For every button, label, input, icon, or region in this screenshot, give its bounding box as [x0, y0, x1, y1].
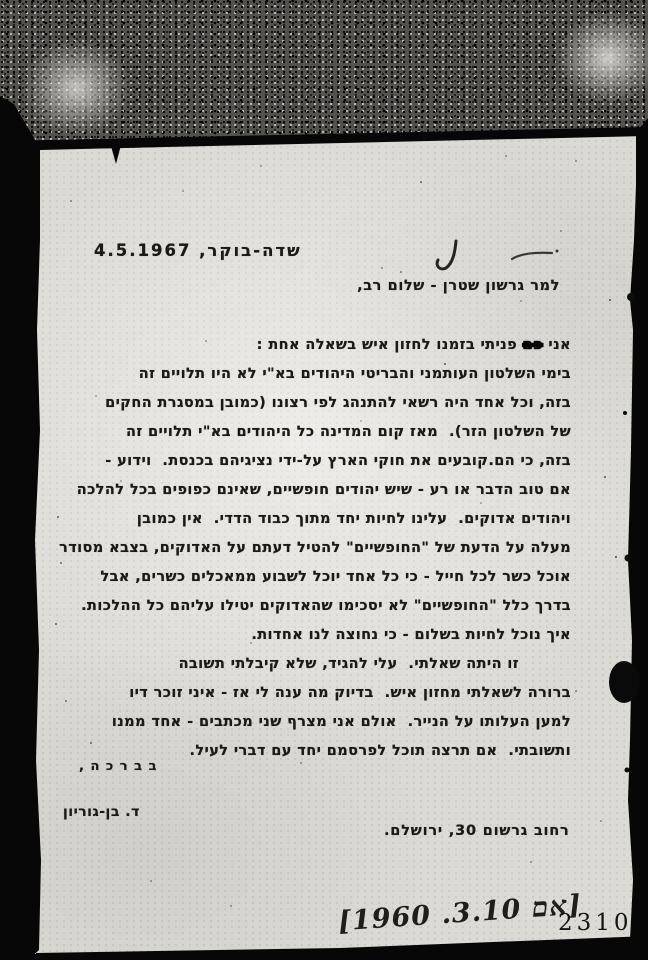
dateline: שדה-בוקר, 4.5.1967 [94, 241, 302, 260]
address-line: רחוב גרשום 30, ירושלם. [384, 823, 570, 839]
letter-line: איך נוכל לחיות בשלום - כי נחוצה לנו אחדו… [49, 621, 571, 650]
archive-serial-number: 2310 [558, 910, 633, 936]
letter-line: אוכל כשר לכל חייל - כי כל אחד יוכל לשבוע… [49, 563, 571, 592]
scanned-letter-page: שדה-בוקר, 4.5.1967 למר גרשון שטרן - שלום… [0, 0, 648, 960]
letter-line: מעלה על הדעת של "החופשיים" להטיל דעתם על… [49, 534, 571, 563]
letter-line: בימי השלטון העותמני והבריטי היהודים בא"י… [49, 360, 571, 389]
letter-line: של השלטון הזר). מאז קום המדינה כל היהודי… [49, 418, 571, 447]
struck-word: פם [523, 337, 543, 353]
letter-line: אם טוב הדבר או רע - שיש יהודים חופשיים, … [49, 476, 571, 505]
scan-top-band [0, 0, 648, 149]
signature: ד. בן-גוריון [63, 804, 140, 820]
letter-line: זו היתה שאלתי. עלי להגיד, שלא קיבלתי תשו… [49, 650, 571, 679]
letter-line: בזה, כי הם.קובעים את חוקי הארץ על-ידי נצ… [49, 447, 571, 476]
closing-salute: ב ב ר כ ה , [79, 759, 158, 774]
letter-line: אני פם פניתי בזמנו לחזון איש בשאלה אחת : [49, 331, 571, 360]
salutation: למר גרשון שטרן - שלום רב, [357, 278, 560, 294]
letter-line: ברורה לשאלתי מחזון איש. בדיוק מה ענה לי … [49, 679, 571, 708]
letter-line: למען העלותו על הנייר. אולם אני מצרף שני … [49, 708, 571, 737]
line-text: פניתי בזמנו לחזון איש בשאלה אחת : [257, 337, 523, 353]
letter-line: בדרך כלל "החופשיים" לא יסכימו שהאדוקים י… [49, 592, 571, 621]
letter-line: ויהודים אדוקים. עלינו לחיות יחד מתוך כבו… [49, 505, 571, 534]
line-text: אני [543, 337, 571, 353]
letter-line: בזה, וכל אחד היה רשאי להתנהג לפי רצונו (… [49, 389, 571, 418]
letter-body: אני פם פניתי בזמנו לחזון איש בשאלה אחת :… [49, 331, 571, 766]
